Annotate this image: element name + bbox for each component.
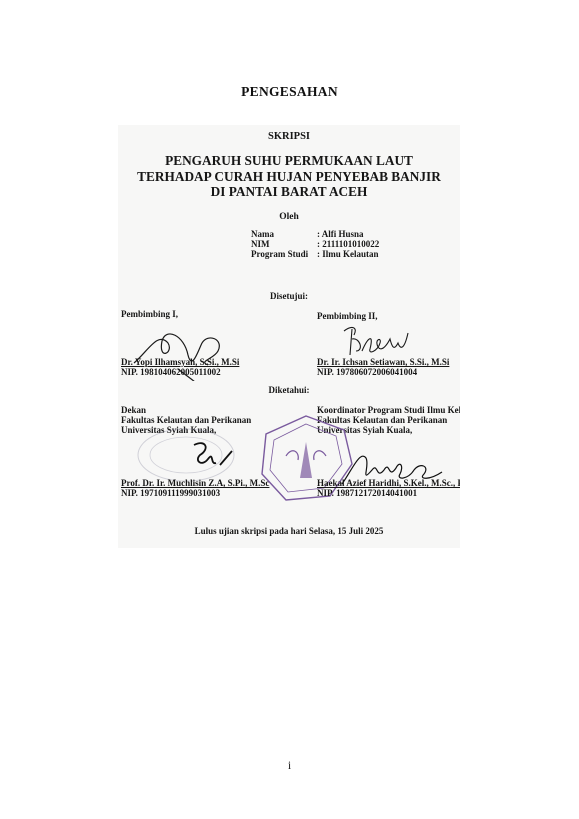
approved-label: Disetujui:	[118, 291, 460, 301]
supervisor-1-name: Dr. Yopi Ilhamsyah, S.Si., M.Si	[121, 357, 239, 367]
acknowledged-label: Diketahui:	[118, 385, 460, 395]
supervisor-2-name: Dr. Ir. Ichsan Setiawan, S.Si., M.Si	[317, 357, 449, 367]
coordinator-name: Haekal Azief Haridhi, S.Kel., M.Sc., Ph.…	[317, 478, 460, 488]
supervisor-1-role: Pembimbing I,	[121, 309, 178, 319]
supervisor-1-nip: NIP. 198104062005011002	[121, 367, 221, 377]
dean-role-line-2: Fakultas Kelautan dan Perikanan	[121, 415, 251, 425]
student-nim-row: NIM : 2111101010022	[251, 239, 379, 249]
page-number: i	[0, 758, 579, 773]
exam-date-note: Lulus ujian skripsi pada hari Selasa, 15…	[118, 526, 460, 536]
supervisor-2-nip: NIP. 197806072006041004	[317, 367, 417, 377]
coordinator-nip: NIP. 198712172014041001	[317, 488, 417, 498]
document-type: SKRIPSI	[118, 131, 460, 142]
supervisor-2-role: Pembimbing II,	[317, 311, 378, 321]
student-program-row: Program Studi : Ilmu Kelautan	[251, 249, 379, 259]
dean-name: Prof. Dr. Ir. Muchlisin Z.A, S.Pi., M.Sc	[121, 478, 269, 488]
signature-2-icon	[338, 321, 418, 361]
signature-3-icon	[186, 435, 246, 475]
student-name-row: Nama : Alfi Husna	[251, 229, 379, 239]
by-label: Oleh	[118, 212, 460, 222]
page-heading: PENGESAHAN	[0, 84, 579, 100]
dean-nip: NIP. 197109111999031003	[121, 488, 220, 498]
scanned-approval-sheet: SKRIPSI PENGARUH SUHU PERMUKAAN LAUT TER…	[118, 125, 460, 548]
thesis-title: PENGARUH SUHU PERMUKAAN LAUT TERHADAP CU…	[118, 153, 460, 200]
dean-role-line-1: Dekan	[121, 405, 146, 415]
student-info: Nama : Alfi Husna NIM : 2111101010022 Pr…	[251, 229, 379, 259]
